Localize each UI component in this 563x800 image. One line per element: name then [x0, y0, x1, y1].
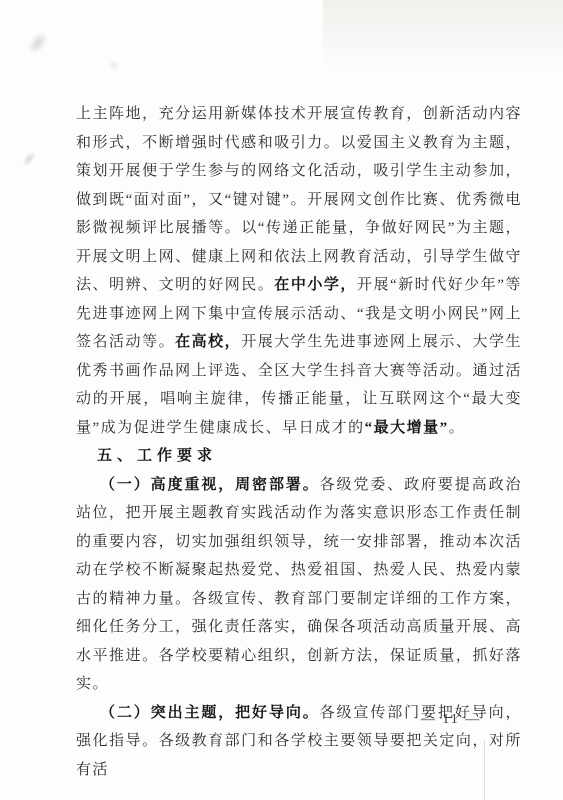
document-page: 上主阵地，充分运用新媒体技术开展宣传教育，创新活动内容和形式，不断增强时代感和吸… — [0, 0, 563, 800]
scan-shade-artifact — [323, 0, 563, 70]
text-run: 五、工作要求 — [97, 447, 217, 464]
paragraph: （一）高度重视，周密部署。各级党委、政府要提高政治站位，把开展主题教育实践活动作… — [76, 471, 522, 699]
body-text: 上主阵地，充分运用新媒体技术开展宣传教育，创新活动内容和形式，不断增强时代感和吸… — [76, 100, 522, 784]
scan-smudge — [20, 149, 39, 169]
paragraph: 上主阵地，充分运用新媒体技术开展宣传教育，创新活动内容和形式，不断增强时代感和吸… — [76, 100, 522, 442]
page-number: — 11 — — [416, 712, 486, 728]
scan-smudge — [24, 28, 53, 58]
scan-smudge — [106, 57, 122, 72]
text-run: （一）高度重视，周密部署。 — [100, 477, 320, 493]
text-run: 。 — [449, 420, 466, 436]
text-run: 各级党委、政府要提高政治站位，把开展主题教育实践活动作为落实意识形态工作责任制的… — [76, 477, 522, 693]
text-run: 在中小学， — [274, 277, 357, 293]
text-run: 上主阵地，充分运用新媒体技术开展宣传教育，创新活动内容和形式，不断增强时代感和吸… — [76, 106, 522, 293]
text-run: （二）突出主题，把好导向。 — [100, 705, 320, 721]
section-heading: 五、工作要求 — [76, 442, 522, 471]
text-run: 在高校， — [175, 334, 241, 350]
text-run: “最大增量” — [365, 420, 449, 436]
